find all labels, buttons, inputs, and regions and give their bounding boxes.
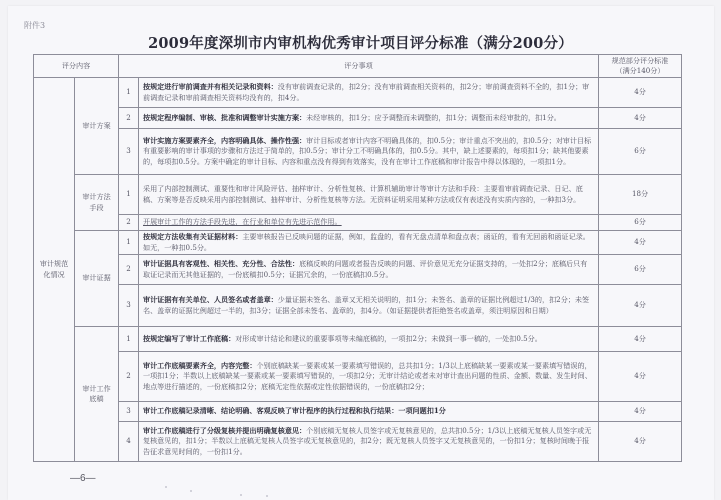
item-score: 6分: [599, 255, 682, 285]
item-score: 6分: [599, 215, 682, 231]
item-text: 按规定编写了审计工作底稿：对形成审计结论和建议的重要事项等未编底稿的，一项扣2分…: [139, 327, 599, 352]
item-text: 审计实施方案要素齐全，内容明确具体、操作性强：审计目标或者审计内容不明确具体的，…: [139, 129, 599, 175]
item-number: 3: [119, 402, 139, 422]
table-row: 审计证据 1 按规定方法收集有关证据材料：主要审核报告已反映问题的证据，例如，监…: [34, 231, 682, 255]
item-number: 1: [119, 327, 139, 352]
item-text: 审计工作底稿记录清晰、结论明确、客观反映了审计程序的执行过程和执行结果：一项问题…: [139, 402, 599, 422]
document-title: 2009年度深圳市内审机构优秀审计项目评分标准（满分200分）: [0, 32, 721, 53]
item-text: 按规定程序编制、审核、批准和调整审计实施方案：未经审核的，扣1分；应予调整而未调…: [139, 108, 599, 129]
item-text: 审计工作底稿进行了分级复核并提出明确复核意见：个别底稿无复核人员签字或无复核意见…: [139, 422, 599, 462]
item-number: 4: [119, 422, 139, 462]
attachment-label: 附件3: [24, 20, 45, 31]
table-row: 2 开展审计工作的方法手段先进，在行业和单位有先进示范作用。 6分: [34, 215, 682, 231]
table-row: 2 审计证据具有客观性、相关性、充分性、合法性：底稿反映的问题或者报告反映的问题…: [34, 255, 682, 285]
group-name: 审计工作底稿: [75, 327, 119, 462]
group-name: 审计证据: [75, 231, 119, 327]
scan-speck: [165, 486, 167, 488]
item-number: 1: [119, 78, 139, 108]
item-number: 2: [119, 108, 139, 129]
table-row: 2 按规定程序编制、审核、批准和调整审计实施方案：未经审核的，扣1分；应予调整而…: [34, 108, 682, 129]
header-score: 规范部分评分标准 （满分140分）: [599, 55, 682, 78]
scan-speck: [266, 495, 268, 497]
item-number: 2: [119, 352, 139, 402]
group-name: 审计方法手段: [75, 175, 119, 231]
scan-speck: [240, 494, 242, 496]
item-score: 4分: [599, 402, 682, 422]
scoring-table: 评分内容 评分事项 规范部分评分标准 （满分140分） 审计规范化情况 审计方案…: [33, 54, 682, 462]
item-text: 采用了内部控制测试、重要性和审计风险评估、抽样审计、分析性复核、计算机辅助审计等…: [139, 175, 599, 215]
page-number: —6—: [70, 473, 96, 484]
item-score: 6分: [599, 129, 682, 175]
item-score: 4分: [599, 285, 682, 327]
item-number: 1: [119, 231, 139, 255]
item-score: 18分: [599, 175, 682, 215]
item-score: 4分: [599, 231, 682, 255]
table-row: 审计方法手段 1 采用了内部控制测试、重要性和审计风险评估、抽样审计、分析性复核…: [34, 175, 682, 215]
item-score: 4分: [599, 327, 682, 352]
table-row: 审计工作底稿 1 按规定编写了审计工作底稿：对形成审计结论和建议的重要事项等未编…: [34, 327, 682, 352]
item-text: 开展审计工作的方法手段先进，在行业和单位有先进示范作用。: [139, 215, 599, 231]
item-text: 审计工作底稿要素齐全，内容完整：个别底稿缺某一要素或某一要素填写错误的，总共扣1…: [139, 352, 599, 402]
scan-speck: [190, 490, 192, 492]
table-row: 3 审计证据有有关单位、人员签名或者盖章：少量证据未签名、盖章又无相关说明的，扣…: [34, 285, 682, 327]
table-row: 3 审计实施方案要素齐全，内容明确具体、操作性强：审计目标或者审计内容不明确具体…: [34, 129, 682, 175]
item-number: 3: [119, 129, 139, 175]
table-row: 3 审计工作底稿记录清晰、结论明确、客观反映了审计程序的执行过程和执行结果：一项…: [34, 402, 682, 422]
header-content: 评分内容: [34, 55, 119, 78]
item-number: 2: [119, 215, 139, 231]
item-number: 2: [119, 255, 139, 285]
header-items: 评分事项: [119, 55, 599, 78]
item-score: 4分: [599, 108, 682, 129]
item-score: 4分: [599, 78, 682, 108]
table-row: 审计规范化情况 审计方案 1 按规定进行审前调查并有相关记录和资料：没有审前调查…: [34, 78, 682, 108]
item-number: 1: [119, 175, 139, 215]
item-number: 3: [119, 285, 139, 327]
header-score-line2: （满分140分）: [603, 66, 677, 76]
item-score: 4分: [599, 352, 682, 402]
table-row: 4 审计工作底稿进行了分级复核并提出明确复核意见：个别底稿无复核人员签字或无复核…: [34, 422, 682, 462]
table-header-row: 评分内容 评分事项 规范部分评分标准 （满分140分）: [34, 55, 682, 78]
header-score-line1: 规范部分评分标准: [603, 56, 677, 66]
item-text: 审计证据有有关单位、人员签名或者盖章：少量证据未签名、盖章又无相关说明的，扣1分…: [139, 285, 599, 327]
item-text: 按规定进行审前调查并有相关记录和资料：没有审前调查记录的，扣2分；没有审前调查相…: [139, 78, 599, 108]
table-row: 2 审计工作底稿要素齐全，内容完整：个别底稿缺某一要素或某一要素填写错误的，总共…: [34, 352, 682, 402]
item-text: 按规定方法收集有关证据材料：主要审核报告已反映问题的证据，例如，监盘的，看有无盘…: [139, 231, 599, 255]
item-score: 4分: [599, 422, 682, 462]
group-name: 审计方案: [75, 78, 119, 175]
item-text: 审计证据具有客观性、相关性、充分性、合法性：底稿反映的问题或者报告反映的问题、评…: [139, 255, 599, 285]
category-cell: 审计规范化情况: [34, 78, 75, 462]
